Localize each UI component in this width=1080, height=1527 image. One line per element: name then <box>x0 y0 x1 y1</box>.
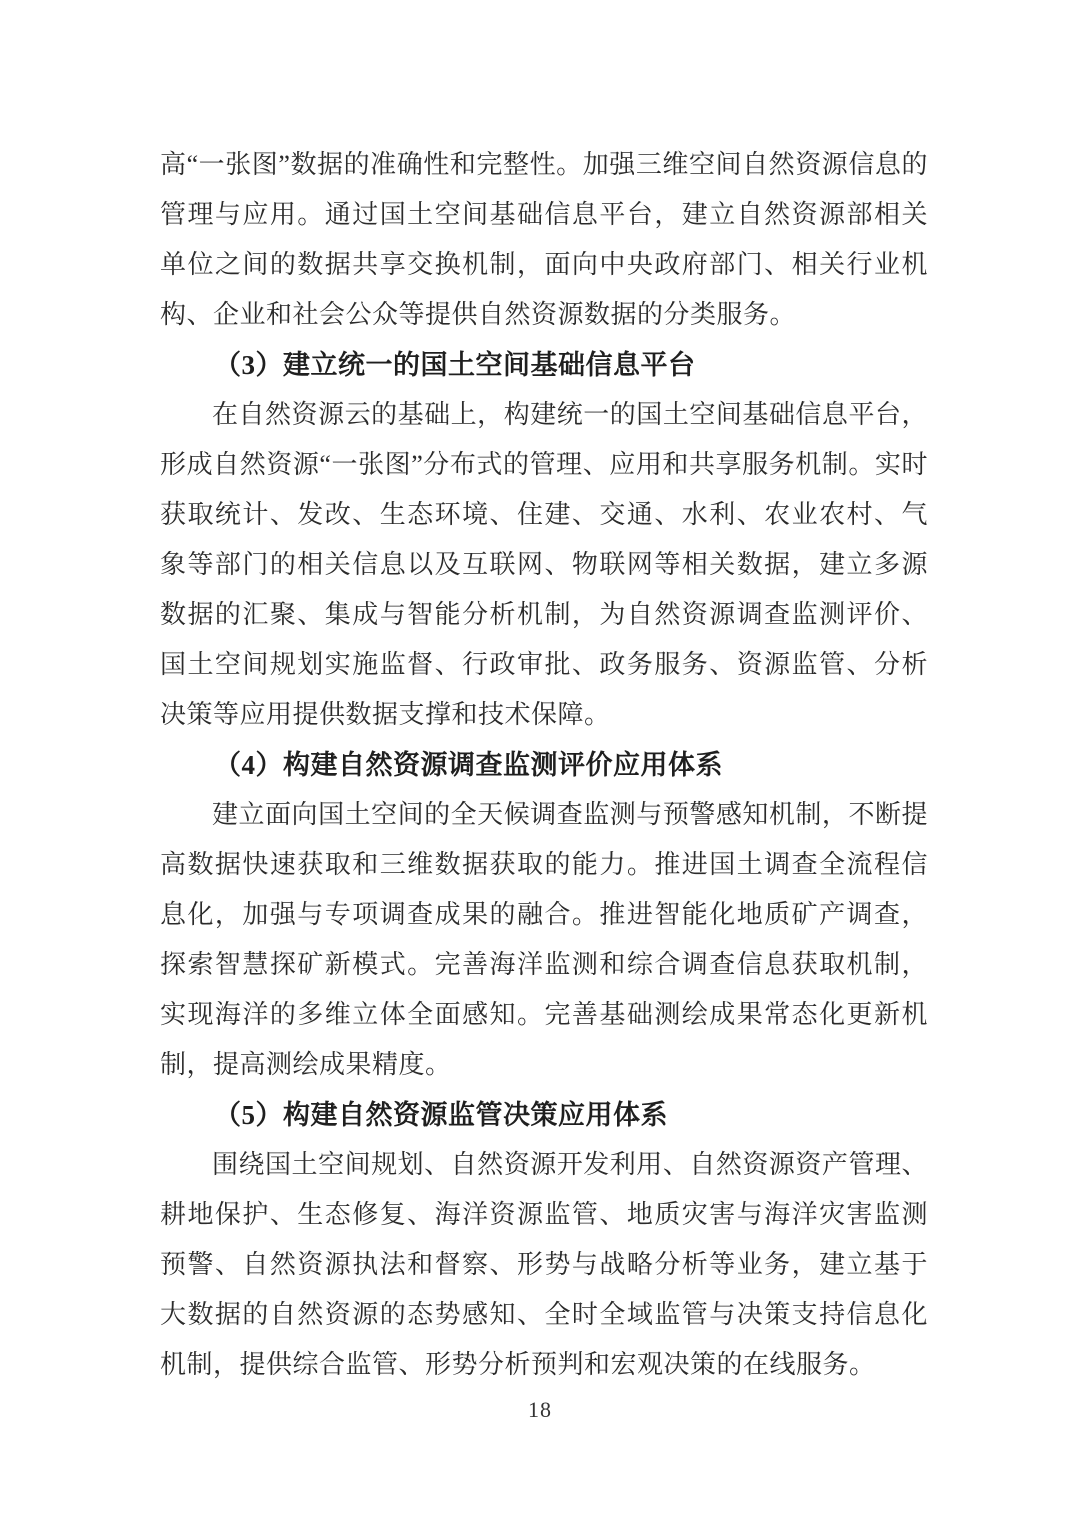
section-heading-3: （3）建立统一的国土空间基础信息平台 <box>160 340 928 390</box>
paragraph-section-5: 围绕国土空间规划、自然资源开发利用、自然资源资产管理、耕地保护、生态修复、海洋资… <box>160 1140 928 1390</box>
paragraph-section-3: 在自然资源云的基础上，构建统一的国土空间基础信息平台，形成自然资源“一张图”分布… <box>160 390 928 740</box>
document-page: 高“一张图”数据的准确性和完整性。加强三维空间自然资源信息的管理与应用。通过国土… <box>0 0 1080 1527</box>
document-content: 高“一张图”数据的准确性和完整性。加强三维空间自然资源信息的管理与应用。通过国土… <box>160 140 928 1390</box>
page-number: 18 <box>528 1397 552 1422</box>
section-heading-4: （4）构建自然资源调查监测评价应用体系 <box>160 740 928 790</box>
section-heading-5: （5）构建自然资源监管决策应用体系 <box>160 1090 928 1140</box>
page-footer: 18 <box>0 1395 1080 1425</box>
paragraph-section-4: 建立面向国土空间的全天候调查监测与预警感知机制，不断提高数据快速获取和三维数据获… <box>160 790 928 1090</box>
paragraph-continuation: 高“一张图”数据的准确性和完整性。加强三维空间自然资源信息的管理与应用。通过国土… <box>160 140 928 340</box>
